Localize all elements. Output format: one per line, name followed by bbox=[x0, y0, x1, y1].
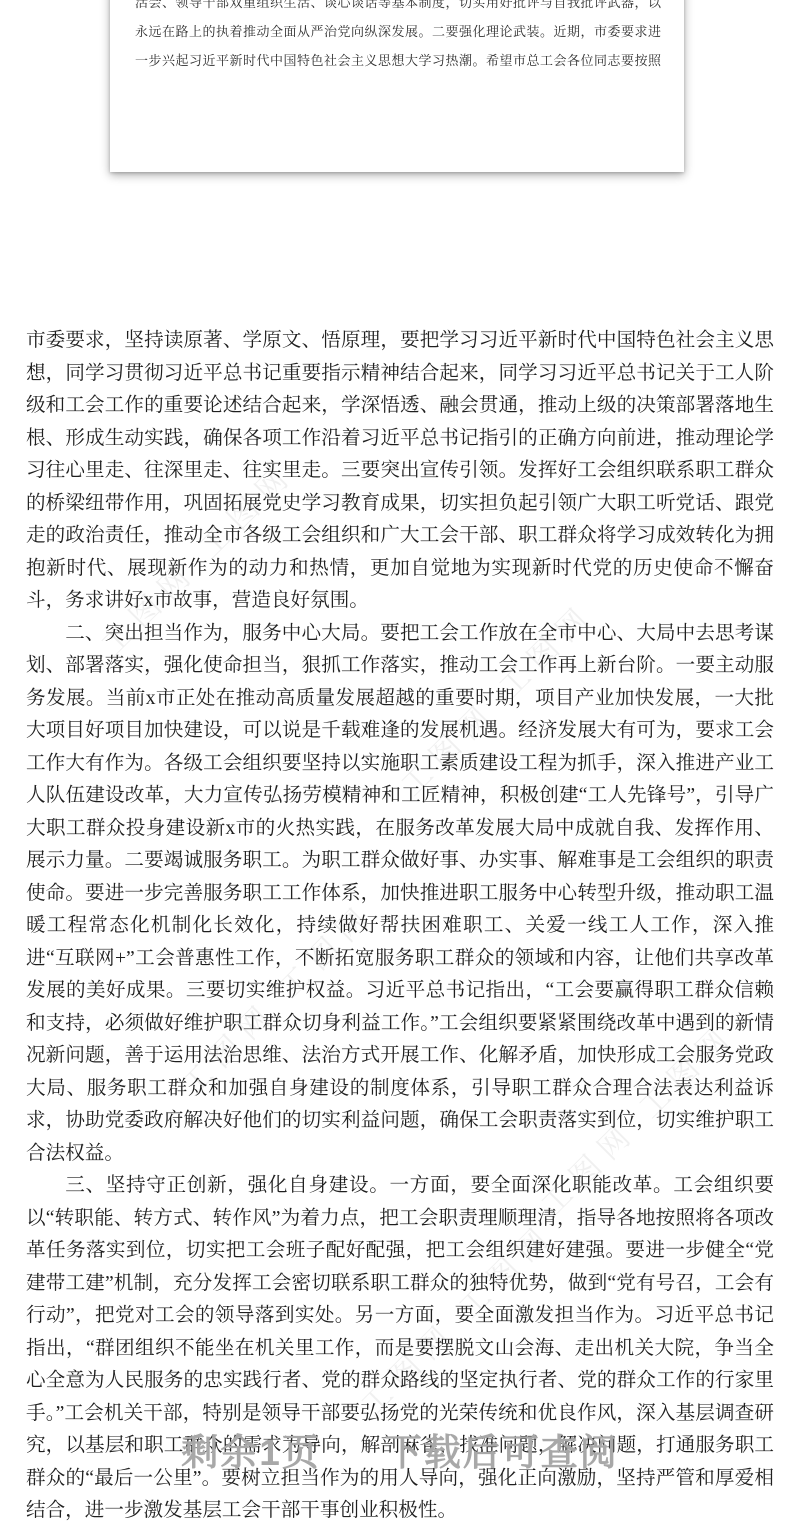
document-preview-scroll-area[interactable]: 活会、领导干部双重组织生活、谈心谈话等基本制度，切实用好批评与自我批评武器，以 … bbox=[0, 0, 800, 1528]
previous-page-text: 活会、领导干部双重组织生活、谈心谈话等基本制度，切实用好批评与自我批评武器，以 … bbox=[110, 0, 684, 75]
pages-remaining-label: 剩余1页 bbox=[181, 1422, 321, 1476]
previous-page-line: 活会、领导干部双重组织生活、谈心谈话等基本制度，切实用好批评与自我批评武器，以 bbox=[135, 0, 658, 17]
document-paragraph-2: 二、突出担当作为，服务中心大局。要把工会工作放在全市中心、大局中去思考谋划、部署… bbox=[26, 618, 774, 1171]
footer-banner: 剩余1页 下载后可查阅 bbox=[0, 1422, 800, 1476]
download-hint-label: 下载后可查阅 bbox=[385, 1422, 619, 1476]
previous-page-line: 一步兴起习近平新时代中国特色社会主义思想大学习热潮。希望市总工会各位同志要按照 bbox=[135, 46, 658, 75]
document-paragraph-1: 市委要求，坚持读原著、学原文、悟原理，要把学习习近平新时代中国特色社会主义思想，… bbox=[26, 325, 774, 618]
previous-page-line: 永远在路上的执着推动全面从严治党向纵深发展。二要强化理论武装。近期，市委要求进 bbox=[135, 17, 658, 46]
document-body: 市委要求，坚持读原著、学原文、悟原理，要把学习习近平新时代中国特色社会主义思想，… bbox=[26, 325, 774, 1528]
previous-page-card: 活会、领导干部双重组织生活、谈心谈话等基本制度，切实用好批评与自我批评武器，以 … bbox=[110, 0, 684, 172]
